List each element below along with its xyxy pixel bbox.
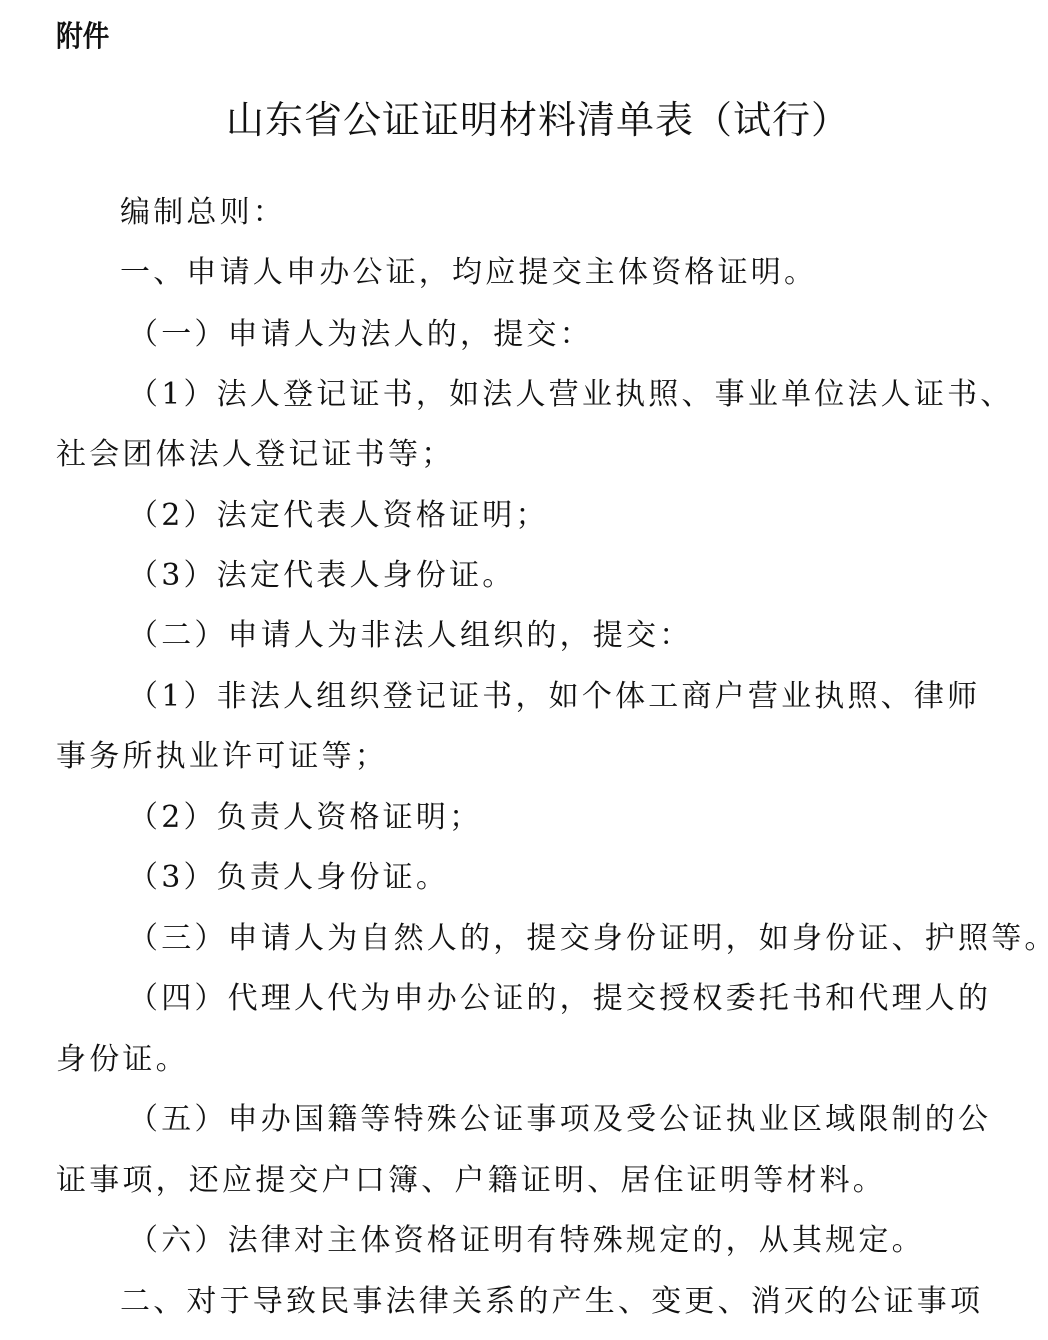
paragraph-rule-1: 一、申请人申办公证，均应提交主体资格证明。 xyxy=(120,253,1030,293)
paragraph-subitem-2-1-continued: 事务所执业许可证等； xyxy=(56,737,966,777)
paragraph-rule-2: 二、对于导致民事法律关系的产生、变更、消灭的公证事项 xyxy=(120,1282,1030,1322)
paragraph-item-5-continued: 证事项，还应提交户口簿、户籍证明、居住证明等材料。 xyxy=(56,1161,966,1201)
section-heading-general-rules: 编制总则： xyxy=(120,193,1030,233)
paragraph-subitem-1-1: （1）法人登记证书，如法人营业执照、事业单位法人证书、 xyxy=(128,375,1038,415)
paragraph-item-2-non-legal-org: （二）申请人为非法人组织的，提交： xyxy=(128,616,1038,656)
paragraph-item-6-special-provisions: （六）法律对主体资格证明有特殊规定的，从其规定。 xyxy=(128,1221,1038,1261)
paragraph-subitem-1-3: （3）法定代表人身份证。 xyxy=(128,556,1038,596)
paragraph-item-4-continued: 身份证。 xyxy=(56,1040,966,1080)
paragraph-subitem-2-2: （2）负责人资格证明； xyxy=(128,798,1038,838)
paragraph-item-4-agent: （四）代理人代为申办公证的，提交授权委托书和代理人的 xyxy=(128,979,1038,1019)
paragraph-subitem-2-1: （1）非法人组织登记证书，如个体工商户营业执照、律师 xyxy=(128,677,1038,717)
document-title: 山东省公证证明材料清单表（试行） xyxy=(0,94,1048,146)
paragraph-subitem-2-3: （3）负责人身份证。 xyxy=(128,858,1038,898)
paragraph-subitem-1-2: （2）法定代表人资格证明； xyxy=(128,496,1038,536)
attachment-label: 附件 xyxy=(56,16,109,56)
paragraph-item-1-legal-person: （一）申请人为法人的，提交： xyxy=(128,315,1038,355)
document-page: 附件 山东省公证证明材料清单表（试行） 编制总则： 一、申请人申办公证，均应提交… xyxy=(0,0,1048,1340)
paragraph-item-3-natural-person: （三）申请人为自然人的，提交身份证明，如身份证、护照等。 xyxy=(128,919,1038,959)
paragraph-item-5-special-matters: （五）申办国籍等特殊公证事项及受公证执业区域限制的公 xyxy=(128,1100,1038,1140)
paragraph-subitem-1-1-continued: 社会团体法人登记证书等； xyxy=(56,435,966,475)
